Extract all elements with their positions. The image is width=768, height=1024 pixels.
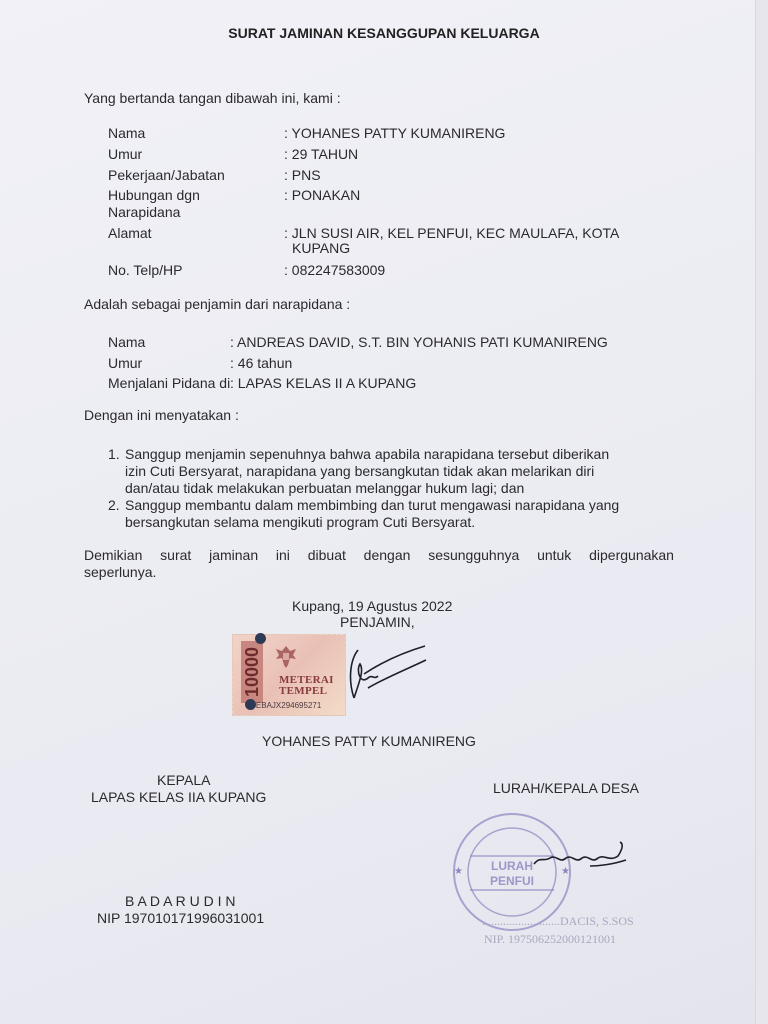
revenue-stamp: 10000 METERAI TEMPEL 04EBAJX294695271 <box>232 634 346 716</box>
stamp-punch-hole <box>255 633 266 644</box>
garuda-emblem-icon <box>273 643 299 671</box>
closing-line2: seperlunya. <box>84 564 156 580</box>
place-date: Kupang, 19 Agustus 2022 <box>292 598 452 614</box>
word: dipergunakan <box>589 547 674 563</box>
svg-text:LURAH: LURAH <box>491 859 533 873</box>
word: dibuat <box>308 547 346 563</box>
word: untuk <box>537 547 571 563</box>
stamp-punch-hole <box>245 699 256 710</box>
stamp-label-line2: TEMPEL <box>279 686 334 697</box>
field-label: No. Telp/HP <box>108 262 182 278</box>
field-value: : 082247583009 <box>284 262 385 278</box>
inmate-intro: Adalah sebagai penjamin dari narapidana … <box>84 296 350 312</box>
left-nip: NIP 197010171996031001 <box>97 910 264 926</box>
field-value: : ANDREAS DAVID, S.T. BIN YOHANIS PATI K… <box>230 334 608 350</box>
list-line: izin Cuti Bersyarat, narapidana yang ber… <box>125 463 594 479</box>
svg-text:PENFUI: PENFUI <box>490 874 534 888</box>
page-edge <box>755 0 768 1024</box>
left-title2: LAPAS KELAS IIA KUPANG <box>91 789 266 805</box>
right-nip: NIP. 197506252000121001 <box>484 932 616 947</box>
list-line: Sanggup menjamin sepenuhnya bahwa apabil… <box>125 446 609 462</box>
field-value: : YOHANES PATTY KUMANIRENG <box>284 125 505 141</box>
word: sesungguhnya <box>428 547 519 563</box>
right-title: LURAH/KEPALA DESA <box>493 780 639 796</box>
word: jaminan <box>209 547 258 563</box>
field-value: : PONAKAN <box>284 187 360 203</box>
signer-role: PENJAMIN, <box>340 614 415 630</box>
field-value: : 29 TAHUN <box>284 146 358 162</box>
field-label: Menjalani Pidana di <box>108 375 230 391</box>
list-number: 1. <box>108 446 120 462</box>
field-label: Hubungan dgn <box>108 187 200 203</box>
list-line: Sanggup membantu dalam membimbing dan tu… <box>125 497 619 513</box>
field-label: Umur <box>108 146 142 162</box>
left-title1: KEPALA <box>157 772 210 788</box>
signer-name: YOHANES PATTY KUMANIRENG <box>262 733 476 749</box>
guarantor-signature <box>330 640 430 706</box>
word: dengan <box>364 547 411 563</box>
field-label: Nama <box>108 125 145 141</box>
word: surat <box>160 547 191 563</box>
word: ini <box>276 547 290 563</box>
field-value: : LAPAS KELAS II A KUPANG <box>230 375 416 391</box>
field-value: : 46 tahun <box>230 355 292 371</box>
field-label: Pekerjaan/Jabatan <box>108 167 225 183</box>
word: Demikian <box>84 547 142 563</box>
document-title: SURAT JAMINAN KESANGGUPAN KELUARGA <box>0 25 768 41</box>
stamp-value: 10000 <box>241 641 263 703</box>
stamp-label: METERAI TEMPEL <box>279 675 334 697</box>
left-name: B A D A R U D I N <box>125 893 235 909</box>
right-name: ..........................DACIS, S.SOS <box>482 914 634 929</box>
field-label: Alamat <box>108 225 152 241</box>
field-value: : PNS <box>284 167 321 183</box>
field-label-line2: Narapidana <box>108 204 180 220</box>
statement-intro: Dengan ini menyatakan : <box>84 407 239 423</box>
list-line: dan/atau tidak melakukan perbuatan melan… <box>125 480 524 496</box>
intro-text: Yang bertanda tangan dibawah ini, kami : <box>84 90 341 106</box>
stamp-serial: 04EBAJX294695271 <box>247 701 321 710</box>
list-number: 2. <box>108 497 120 513</box>
field-label: Umur <box>108 355 142 371</box>
field-value-line2: KUPANG <box>292 240 350 256</box>
closing-line: Demikian surat jaminan ini dibuat dengan… <box>84 547 674 563</box>
field-value: : JLN SUSI AIR, KEL PENFUI, KEC MAULAFA,… <box>284 225 619 241</box>
lurah-signature <box>530 836 630 876</box>
svg-text:★: ★ <box>454 866 463 877</box>
list-line: bersangkutan selama mengikuti program Cu… <box>125 514 475 530</box>
field-label: Nama <box>108 334 145 350</box>
